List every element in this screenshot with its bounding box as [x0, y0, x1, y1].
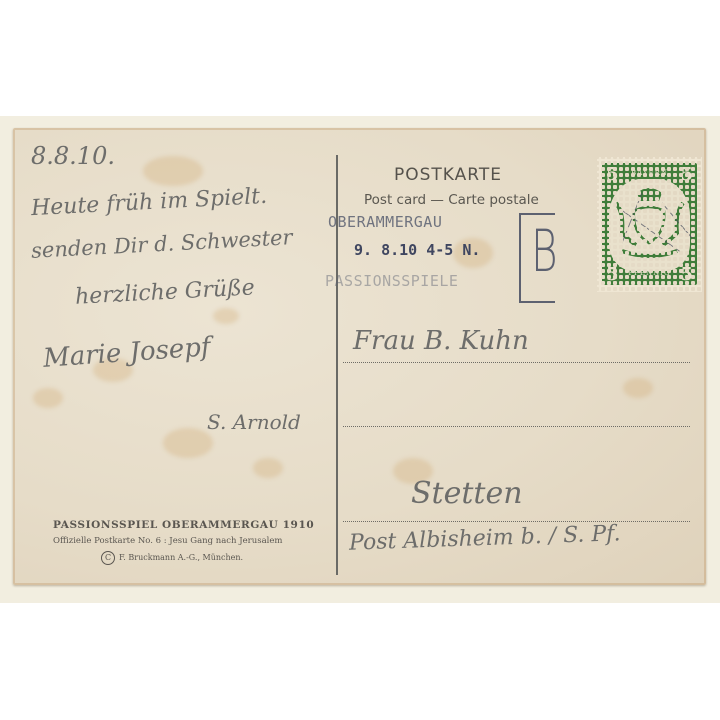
imprint-caption: Offizielle Postkarte No. 6 : Jesu Gang n…: [53, 536, 282, 546]
address-line: [343, 362, 690, 363]
address-street: Post Albisheim b. / S. Pf.: [349, 521, 621, 555]
message-line: herzliche Grüße: [74, 275, 255, 309]
card-title: POSTKARTE: [394, 165, 502, 185]
imprint-title: PASSIONSSPIEL OBERAMMERGAU 1910: [53, 519, 314, 531]
imprint-publisher: F. Bruckmann A.-G., München.: [119, 553, 243, 562]
stain: [623, 378, 653, 398]
stain: [33, 388, 63, 408]
message-signature: S. Arnold: [207, 410, 301, 434]
stain: [253, 458, 283, 478]
stamp-country: BAYERN: [602, 169, 697, 177]
postage-stamp: 5 5 5 5 BAYERN PFENNIG: [597, 157, 702, 292]
address-name: Frau B. Kuhn: [353, 326, 529, 356]
stamp-frame: 5 5 5 5 BAYERN PFENNIG: [602, 163, 697, 285]
address-city: Stetten: [411, 476, 523, 511]
message-line: senden Dir d. Schwester: [31, 225, 294, 263]
message-date: 8.8.10.: [31, 142, 115, 170]
stain: [163, 428, 213, 458]
stain: [213, 308, 239, 324]
postmark-event: PASSIONSSPIELE: [325, 272, 458, 290]
postmark-town: OBERAMMERGAU: [328, 213, 442, 231]
postcard: POSTKARTE Post card — Carte postale OBER…: [13, 128, 706, 585]
copyright-icon: C: [101, 551, 115, 565]
card-subtitle: Post card — Carte postale: [364, 192, 539, 208]
message-signature: Marie Josepf: [42, 332, 211, 374]
postmark-box-letter: B: [531, 222, 558, 280]
postmark-date: 9. 8.10 4-5 N.: [354, 241, 480, 259]
stain: [143, 156, 203, 186]
address-line: [343, 426, 690, 427]
address-line: [343, 521, 690, 522]
message-line: Heute früh im Spielt.: [31, 184, 268, 221]
stamp-currency: PFENNIG: [602, 269, 697, 277]
